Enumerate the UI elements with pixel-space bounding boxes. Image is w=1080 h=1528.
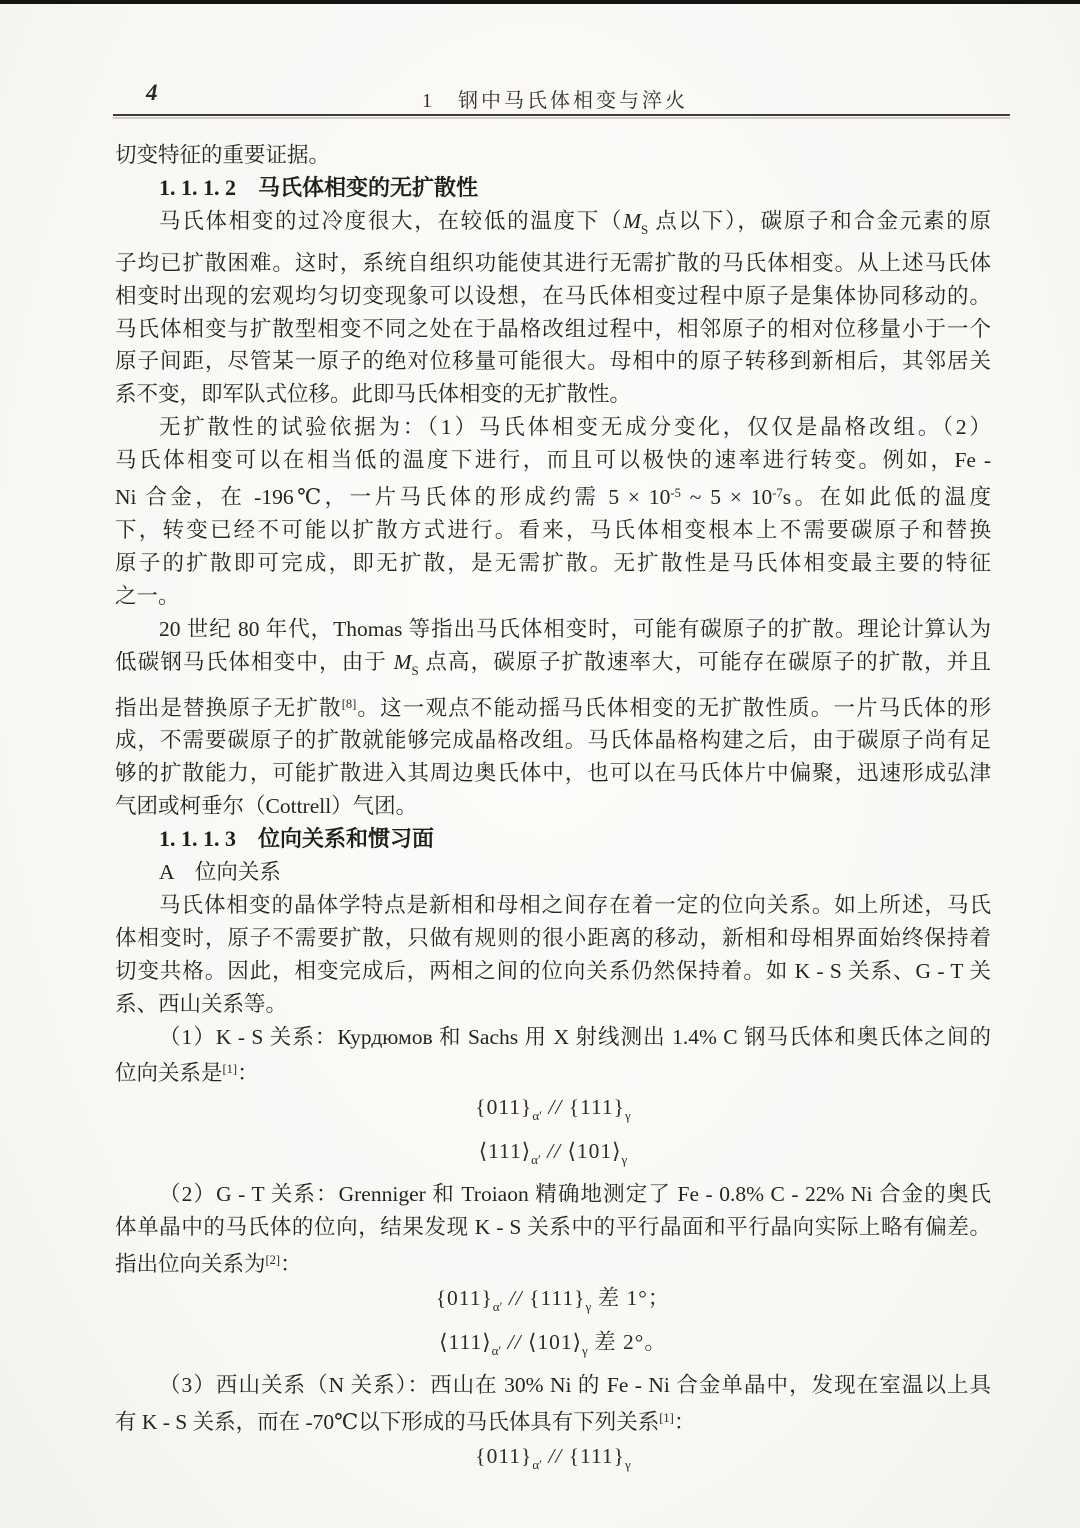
body-line: 马氏体相变可以在相当低的温度下进行，而且可以极快的速率进行转变。例如，Fe - [115,444,991,477]
text-run: 体相变时，原子不需要扩散，只做有规则的很小距离的移动，新相和母相界面始终保持着 [115,926,991,950]
text-run: Ni 合金，在 -196℃，一片马氏体的形成约需 5 × 10 [115,485,670,509]
text-run: ~ 5 × 10 [681,485,772,509]
subscript: α′ [492,1343,502,1358]
page-body-text: 切变特征的重要证据。1. 1. 1. 2 马氏体相变的无扩散性马氏体相变的过冷度… [115,139,991,1482]
text-run: 低碳钢马氏体相变中，由于 [115,650,394,674]
body-line: 成，不需要碳原子的扩散就能够完成晶格改组。马氏体晶格构建之后，由于碳原子尚有足 [115,724,991,757]
text-run: 有 K - S 关系，而在 -70℃以下形成的马氏体具有下列关系 [115,1410,659,1434]
text-run: 位向关系是 [115,1061,223,1085]
text-run: 。这一观点不能动摇马氏体相变的无扩散性质。一片马氏体的形 [356,696,991,720]
body-line: （2）G - T 关系：Grenniger 和 Troiaon 精确地测定了 F… [115,1178,991,1211]
subscript: α′ [532,1108,542,1123]
text-run: 气团或柯垂尔（Cottrell）气团。 [115,794,417,818]
text-run: 马氏体相变的过冷度很大，在较低的温度下（ [159,209,623,233]
text-run: ⟨111⟩ [479,1139,531,1163]
text-run: {011} [436,1286,493,1310]
text-run: （1）K - S 关系：Курдюмов 和 Sachs 用 X 射线测出 1.… [159,1025,991,1049]
text-run: （2）G - T 关系：Grenniger 和 Troiaon 精确地测定了 F… [159,1182,991,1206]
body-line: 相变时出现的宏观均匀切变现象可以设想，在马氏体相变过程中原子是集体协同移动的。 [115,280,991,313]
text-run: 马氏体相变的晶体学特点是新相和母相之间存在着一定的位向关系。如上所述，马氏 [159,893,991,917]
superscript-ref: [1] [659,1411,674,1425]
formula-ks-plane: {011}α′ // {111}γ [115,1090,991,1134]
text-run: 点以下），碳原子和合金元素的原 [648,209,991,233]
body-line: 体单晶中的马氏体的位向，结果发现 K - S 关系中的平行晶面和平行晶向实际上略… [115,1211,991,1244]
text-run: 指出位向关系为 [115,1252,266,1276]
text-run: 切变共格。因此，相变完成后，两相之间的位向关系仍然保持着。如 K - S 关系、… [115,959,991,983]
text-run: 切变特征的重要证据。 [115,143,330,167]
text-run: {011} [475,1095,532,1119]
text-run: 体单晶中的马氏体的位向，结果发现 K - S 关系中的平行晶面和平行晶向实际上略… [115,1215,991,1239]
body-line: （1）K - S 关系：Курдюмов 和 Sachs 用 X 射线测出 1.… [115,1021,991,1054]
body-line: 子均已扩散困难。这时，系统自组织功能使其进行无需扩散的马氏体相变。从上述马氏体 [115,247,991,280]
body-line: 无扩散性的试验依据为：（1）马氏体相变无成分变化，仅仅是晶格改组。（2） [115,411,991,444]
body-line: 气团或柯垂尔（Cottrell）气团。 [115,790,991,823]
scan-top-edge [0,0,1080,4]
text-run: 系、西山关系等。 [115,992,287,1016]
body-line: （3）西山关系（N 关系）：西山在 30% Ni 的 Fe - Ni 合金单晶中… [115,1369,991,1402]
formula-ks-direction: ⟨111⟩α′ // ⟨101⟩γ [115,1134,991,1178]
text-run: 下，转变已经不可能以扩散方式进行。看来，马氏体相变根本上不需要碳原子和替换 [115,518,991,542]
superscript-ref: -7 [772,486,782,500]
text-run: 差 2°。 [588,1330,667,1354]
text-run: ⟨101⟩ [561,1139,621,1163]
italic-run: // [547,1139,561,1163]
text-run: {011} [475,1444,532,1468]
body-line: 体相变时，原子不需要扩散，只做有规则的很小距离的移动，新相和母相界面始终保持着 [115,922,991,955]
italic-run: // [548,1444,562,1468]
subsection-heading-a: A 位向关系 [115,856,991,889]
text-run: s。在如此低的温度 [783,485,991,509]
formula-gt-direction: ⟨111⟩α′ // ⟨101⟩γ 差 2°。 [115,1325,991,1369]
body-line: 系不变，即军队式位移。此即马氏体相变的无扩散性。 [115,378,991,411]
formula-n-plane: {011}α′ // {111}γ [115,1439,991,1483]
italic-run: M [394,650,412,674]
body-line: 马氏体相变的过冷度很大，在较低的温度下（MS 点以下），碳原子和合金元素的原 [115,205,991,247]
body-line: 系、西山关系等。 [115,988,991,1021]
superscript-ref: [8] [342,697,357,711]
text-run: 原子间距，尽管某一原子的绝对位移量可能很大。母相中的原子转移到新相后，其邻居关 [115,349,991,373]
italic-run: M [623,209,641,233]
text-run: 无扩散性的试验依据为：（1）马氏体相变无成分变化，仅仅是晶格改组。（2） [159,415,991,439]
body-line: 马氏体相变与扩散型相变不同之处在于晶格改组过程中，相邻原子的相对位移量小于一个 [115,313,991,346]
body-line: 马氏体相变的晶体学特点是新相和母相之间存在着一定的位向关系。如上所述，马氏 [115,889,991,922]
body-line: 指出位向关系为[2]： [115,1244,991,1281]
body-line: 原子的扩散即可完成，即无扩散，是无需扩散。无扩散性是马氏体相变最主要的特征 [115,547,991,580]
header-rule [113,114,1010,116]
body-line: 20 世纪 80 年代，Thomas 等指出马氏体相变时，可能有碳原子的扩散。理… [115,613,991,646]
body-line: 切变特征的重要证据。 [115,139,991,172]
body-line: 原子间距，尽管某一原子的绝对位移量可能很大。母相中的原子转移到新相后，其邻居关 [115,345,991,378]
text-run: {111} [562,1095,625,1119]
body-line: 指出是替换原子无扩散[8]。这一观点不能动摇马氏体相变的无扩散性质。一片马氏体的… [115,688,991,725]
text-run: 原子的扩散即可完成，即无扩散，是无需扩散。无扩散性是马氏体相变最主要的特征 [115,551,991,575]
section-heading-1-1-1-3: 1. 1. 1. 3 位向关系和惯习面 [115,823,991,856]
text-run: 指出是替换原子无扩散 [115,696,342,720]
text-run: ： [674,1410,696,1434]
text-run: 马氏体相变与扩散型相变不同之处在于晶格改组过程中，相邻原子的相对位移量小于一个 [115,317,991,341]
superscript-ref: [1] [223,1062,238,1076]
superscript-ref: [2] [266,1253,281,1267]
italic-run: // [548,1095,562,1119]
text-run: 子均已扩散困难。这时，系统自组织功能使其进行无需扩散的马氏体相变。从上述马氏体 [115,251,991,275]
body-line: 低碳钢马氏体相变中，由于 MS 点高，碳原子扩散速率大，可能存在碳原子的扩散，并… [115,646,991,688]
text-run: 点高，碳原子扩散速率大，可能存在碳原子的扩散，并且 [419,650,991,674]
formula-gt-plane: {011}α′ // {111}γ 差 1°； [115,1281,991,1325]
italic-run: // [508,1330,522,1354]
text-run: 够的扩散能力，可能扩散进入其周边奥氏体中，也可以在马氏体片中偏聚，迅速形成弘津 [115,761,991,785]
text-run: {111} [523,1286,586,1310]
body-line: Ni 合金，在 -196℃，一片马氏体的形成约需 5 × 10-5 ~ 5 × … [115,477,991,514]
text-run: A 位向关系 [159,860,281,884]
text-run: 1. 1. 1. 2 马氏体相变的无扩散性 [159,175,478,200]
body-line: 之一。 [115,580,991,613]
text-run: 马氏体相变可以在相当低的温度下进行，而且可以极快的速率进行转变。例如，Fe - [115,448,991,472]
text-run: 20 世纪 80 年代，Thomas 等指出马氏体相变时，可能有碳原子的扩散。理… [159,617,991,641]
body-line: 够的扩散能力，可能扩散进入其周边奥氏体中，也可以在马氏体片中偏聚，迅速形成弘津 [115,757,991,790]
text-run: 相变时出现的宏观均匀切变现象可以设想，在马氏体相变过程中原子是集体协同移动的。 [115,284,991,308]
subscript: α′ [532,1457,542,1472]
text-run: 系不变，即军队式位移。此即马氏体相变的无扩散性。 [115,382,631,406]
text-run: ： [280,1252,302,1276]
running-head-chapter-title: 1 钢中马氏体相变与淬火 [115,84,995,113]
subscript: γ [625,1457,631,1472]
text-run: 1. 1. 1. 3 位向关系和惯习面 [159,826,434,851]
subscript: γ [625,1108,631,1123]
subscript: α′ [531,1152,541,1167]
text-run: ⟨101⟩ [522,1330,582,1354]
body-line: 位向关系是[1]： [115,1053,991,1090]
italic-run: // [509,1286,523,1310]
body-line: 切变共格。因此，相变完成后，两相之间的位向关系仍然保持着。如 K - S 关系、… [115,955,991,988]
text-run: 之一。 [115,584,180,608]
text-run: （3）西山关系（N 关系）：西山在 30% Ni 的 Fe - Ni 合金单晶中… [159,1373,991,1397]
section-heading-1-1-1-2: 1. 1. 1. 2 马氏体相变的无扩散性 [115,172,991,205]
body-line: 有 K - S 关系，而在 -70℃以下形成的马氏体具有下列关系[1]： [115,1402,991,1439]
subscript: S [412,663,419,678]
text-run: ⟨111⟩ [439,1330,491,1354]
text-run: {111} [562,1444,625,1468]
text-run: 差 1°； [591,1286,670,1310]
body-line: 下，转变已经不可能以扩散方式进行。看来，马氏体相变根本上不需要碳原子和替换 [115,514,991,547]
text-run: 成，不需要碳原子的扩散就能够完成晶格改组。马氏体晶格构建之后，由于碳原子尚有足 [115,728,991,752]
subscript: γ [622,1152,628,1167]
subscript: α′ [493,1299,503,1314]
superscript-ref: -5 [670,486,680,500]
text-run: ： [237,1061,259,1085]
